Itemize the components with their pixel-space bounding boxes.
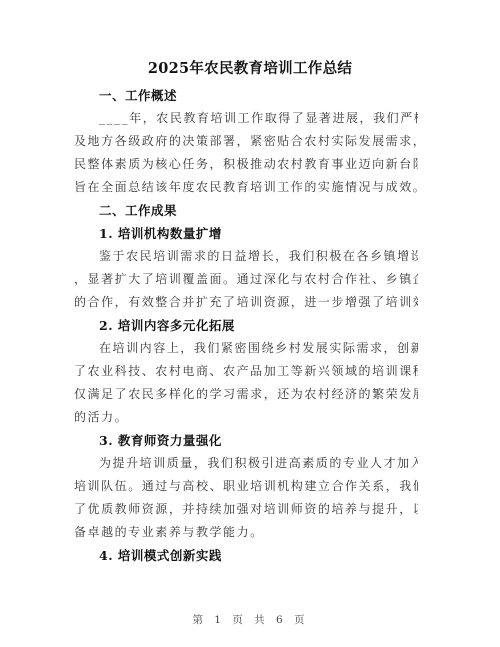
subsection-heading-content: 2. 培训内容多元化拓展 bbox=[74, 314, 418, 337]
paragraph-line: 的合作，有效整合并扩充了培训资源，进一步增强了培训效果。 bbox=[74, 291, 418, 314]
paragraph-line: 民整体素质为核心任务，积极推动农村教育事业迈向新台阶。本报告 bbox=[74, 153, 418, 176]
paragraph-content: 在培训内容上，我们紧密围绕乡村发展实际需求，创新性地增设 了农业科技、农村电商、… bbox=[74, 337, 418, 429]
document-body: 一、工作概述 ____年，农民教育培训工作取得了显著进展，我们严格遵循中央 及地… bbox=[74, 84, 418, 567]
paragraph-line: 培训队伍。通过与高校、职业培训机构建立合作关系，我们成功引入 bbox=[74, 475, 418, 498]
paragraph-line: 的活力。 bbox=[74, 406, 418, 429]
paragraph-line: ____年，农民教育培训工作取得了显著进展，我们严格遵循中央 bbox=[74, 107, 418, 130]
subsection-heading-teachers: 3. 教育师资力量强化 bbox=[74, 429, 418, 452]
paragraph-line: 了农业科技、农村电商、农产品加工等新兴领域的培训课程。此举不 bbox=[74, 360, 418, 383]
document-title: 2025年农民教育培训工作总结 bbox=[0, 59, 500, 79]
paragraph-line: 在培训内容上，我们紧密围绕乡村发展实际需求，创新性地增设 bbox=[74, 337, 418, 360]
subsection-heading-institutions: 1. 培训机构数量扩增 bbox=[74, 222, 418, 245]
paragraph-teachers: 为提升培训质量，我们积极引进高素质的专业人才加入农民教育 培训队伍。通过与高校、… bbox=[74, 452, 418, 544]
paragraph-overview: ____年，农民教育培训工作取得了显著进展，我们严格遵循中央 及地方各级政府的决… bbox=[74, 107, 418, 199]
paragraph-line: 为提升培训质量，我们积极引进高素质的专业人才加入农民教育 bbox=[74, 452, 418, 475]
paragraph-line: 备卓越的专业素养与教学能力。 bbox=[74, 521, 418, 544]
subsection-heading-training-mode: 4. 培训模式创新实践 bbox=[74, 544, 418, 567]
paragraph-line: 鉴于农民培训需求的日益增长，我们积极在各乡镇增设培训机构 bbox=[74, 245, 418, 268]
paragraph-institutions: 鉴于农民培训需求的日益增长，我们积极在各乡镇增设培训机构 ，显著扩大了培训覆盖面… bbox=[74, 245, 418, 314]
document-page: 2025年农民教育培训工作总结 一、工作概述 ____年，农民教育培训工作取得了… bbox=[0, 0, 500, 647]
paragraph-line: 仅满足了农民多样化的学习需求，还为农村经济的繁荣发展注入了新 bbox=[74, 383, 418, 406]
paragraph-line: 了优质教师资源，并持续加强对培训师资的培养与提升，以确保其具 bbox=[74, 498, 418, 521]
section-heading-results: 二、工作成果 bbox=[74, 199, 418, 222]
paragraph-line: 旨在全面总结该年度农民教育培训工作的实施情况与成效。 bbox=[74, 176, 418, 199]
section-heading-overview: 一、工作概述 bbox=[74, 84, 418, 107]
paragraph-line: ，显著扩大了培训覆盖面。通过深化与农村合作社、乡镇企事业单位 bbox=[74, 268, 418, 291]
paragraph-line: 及地方各级政府的决策部署，紧密贴合农村实际发展需求，以提升农 bbox=[74, 130, 418, 153]
page-number-footer: 第 1 页 共 6 页 bbox=[0, 612, 500, 627]
